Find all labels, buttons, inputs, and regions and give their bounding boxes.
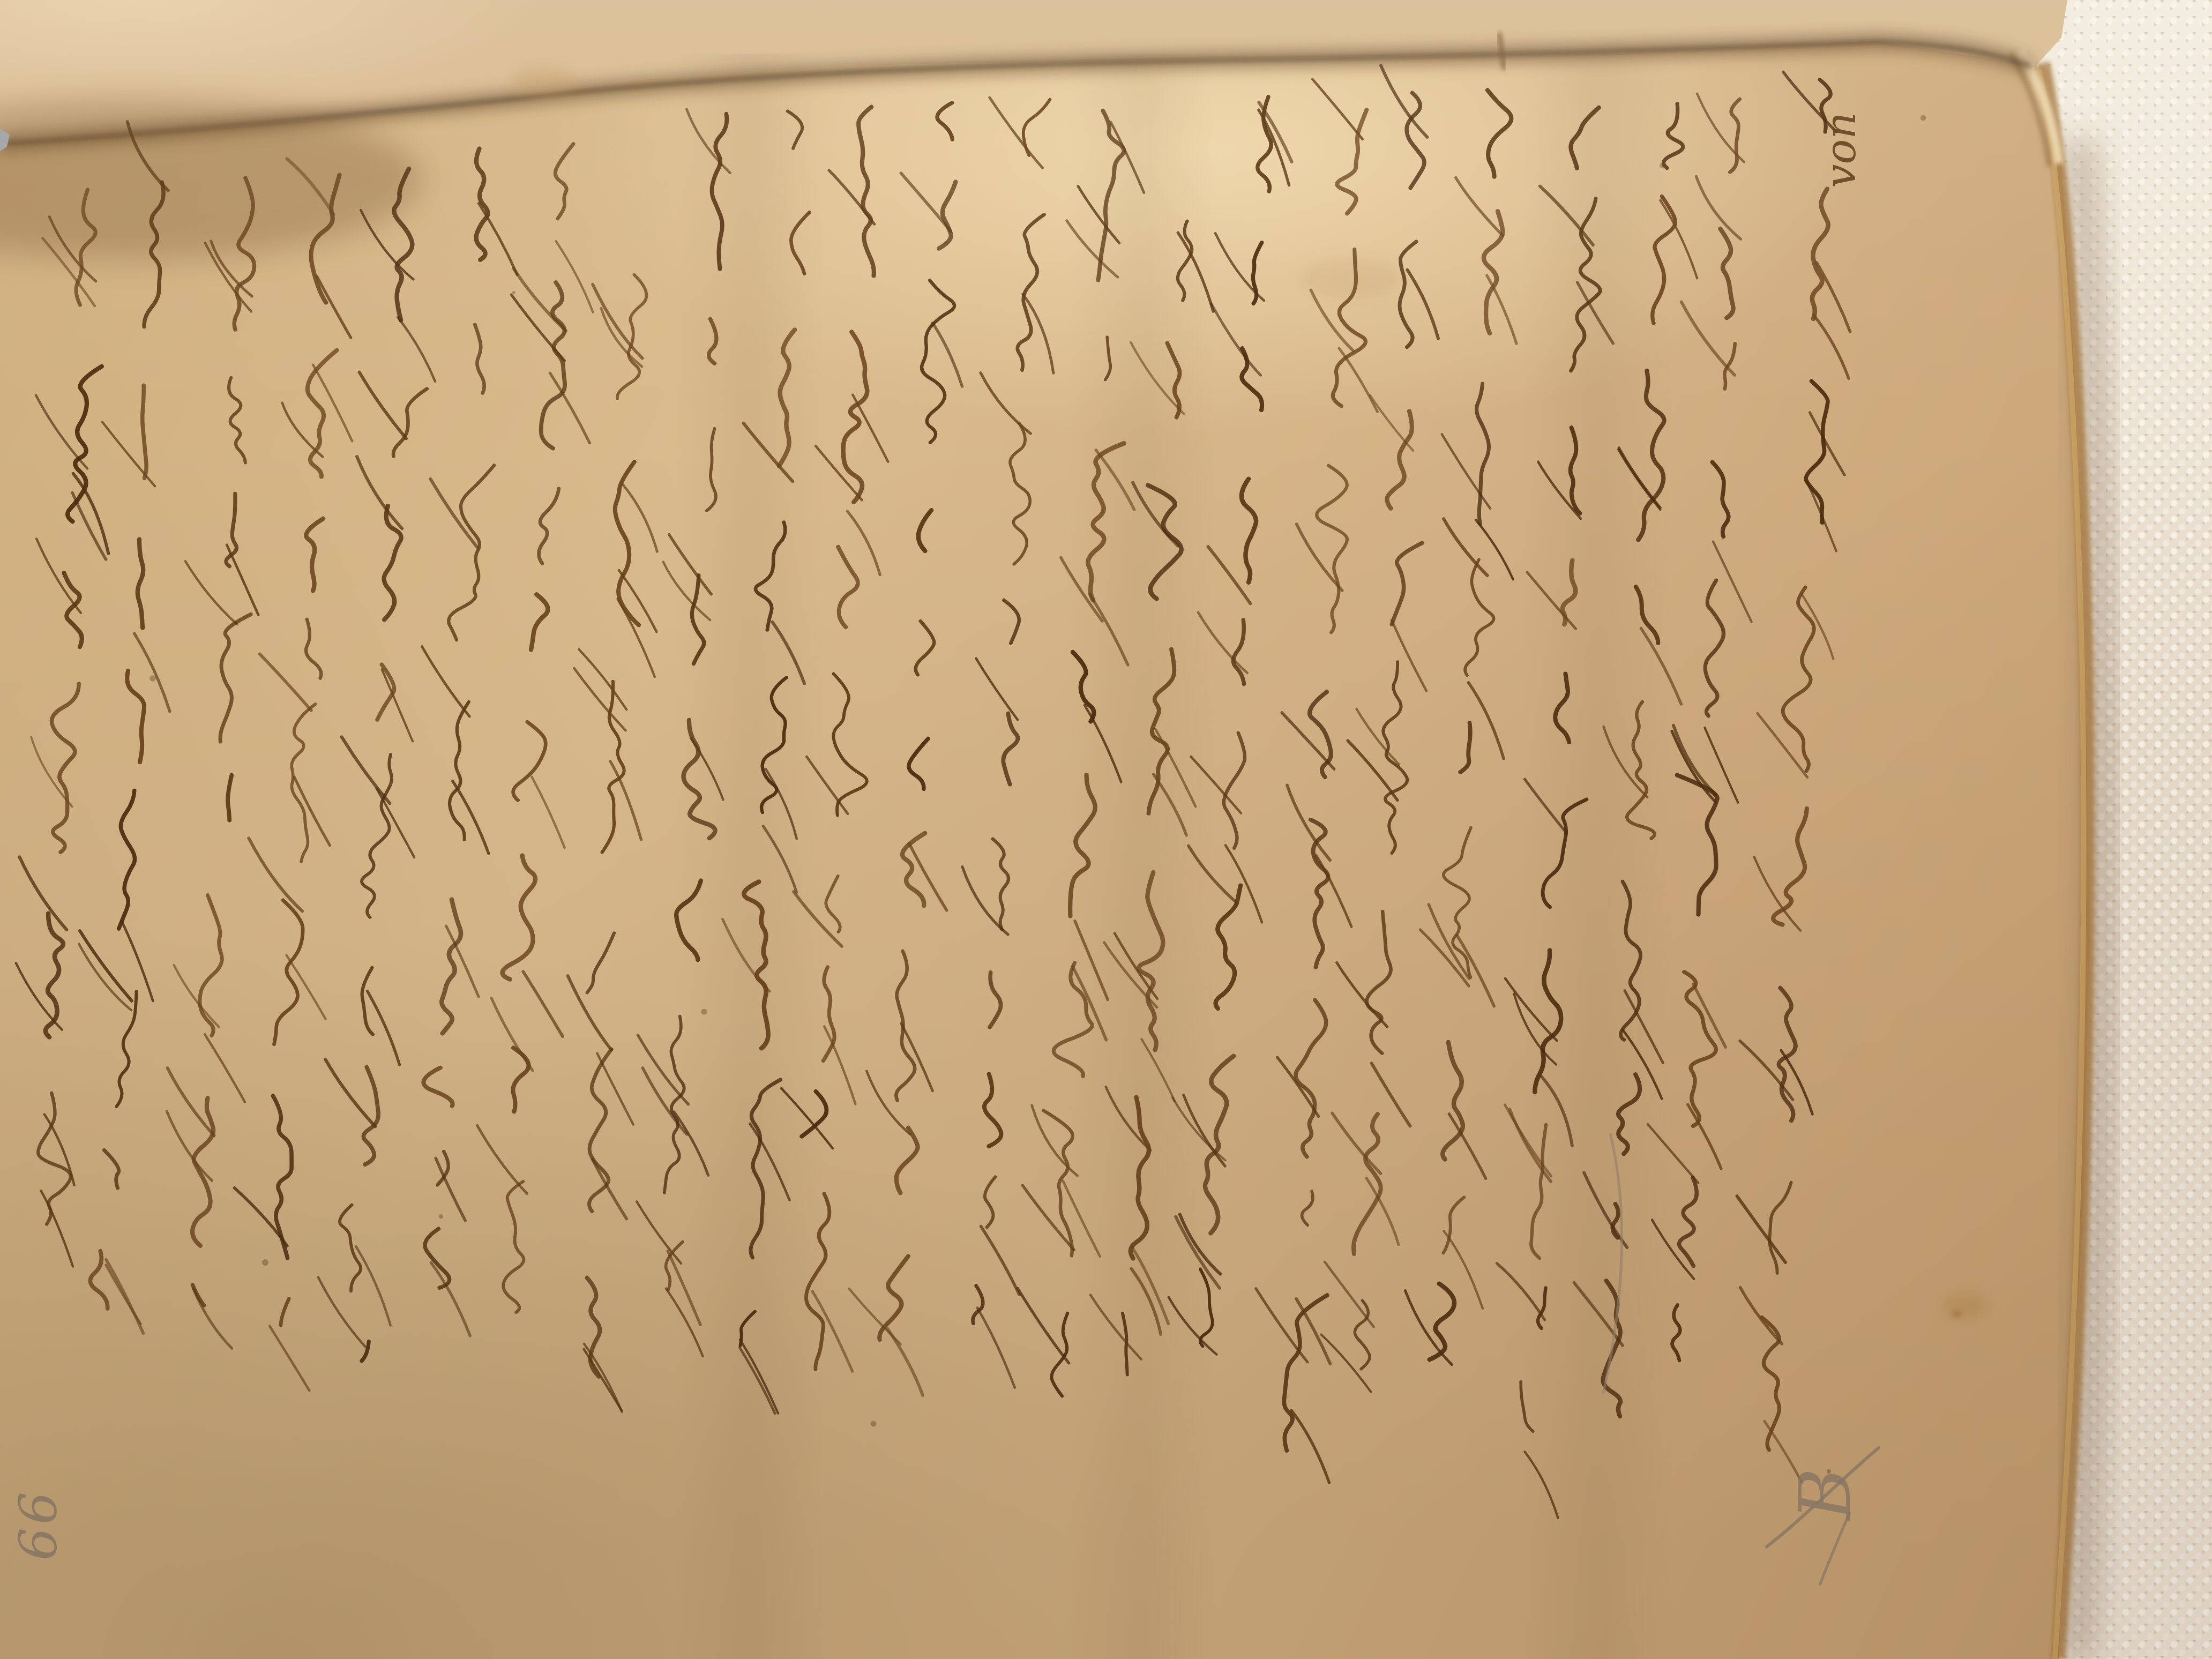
stain [1952, 1310, 1962, 1318]
page-number-pencil: 66 [9, 1489, 69, 1560]
handwriting-line [1737, 72, 1850, 1482]
handwriting-line [962, 98, 1053, 1387]
pencil-cross-stroke [1820, 1512, 1850, 1585]
ink-speck [1920, 115, 1926, 121]
stain [1942, 1292, 1989, 1320]
handwriting-line [167, 178, 258, 1348]
stain [511, 66, 577, 94]
handwriting-line [1018, 111, 1144, 1396]
handwriting-line [318, 169, 435, 1361]
photo-overlay: 66 von B [0, 0, 2212, 1659]
handwriting-line [422, 149, 517, 1336]
ink-speck [439, 1214, 444, 1219]
ink-speck [512, 291, 515, 294]
handwriting-lines [16, 65, 1926, 1518]
handwriting-line [1497, 108, 1613, 1518]
ink-speck [262, 1259, 268, 1266]
handwriting-line [637, 109, 730, 1356]
handwriting-line [1405, 90, 1516, 1364]
handwriting-line [849, 103, 962, 1395]
manuscript-photo: 66 von B [0, 0, 2212, 1659]
handwriting-line [234, 159, 352, 1390]
catchword: von [1817, 112, 1865, 188]
ink-speck [150, 675, 156, 682]
handwriting-line [477, 144, 593, 1312]
handwriting-line [1090, 221, 1213, 1375]
handwriting-line [723, 111, 810, 1413]
stain [1299, 258, 1401, 299]
handwriting-line [781, 107, 888, 1372]
pencil-monogram: B [1784, 1468, 1867, 1521]
handwriting-line [1169, 97, 1292, 1355]
ink-speck [701, 1008, 707, 1014]
handwriting-line [568, 275, 657, 1412]
handwriting-line [16, 190, 109, 1267]
ink-speck [1660, 163, 1664, 168]
ink-speck [871, 1421, 877, 1427]
